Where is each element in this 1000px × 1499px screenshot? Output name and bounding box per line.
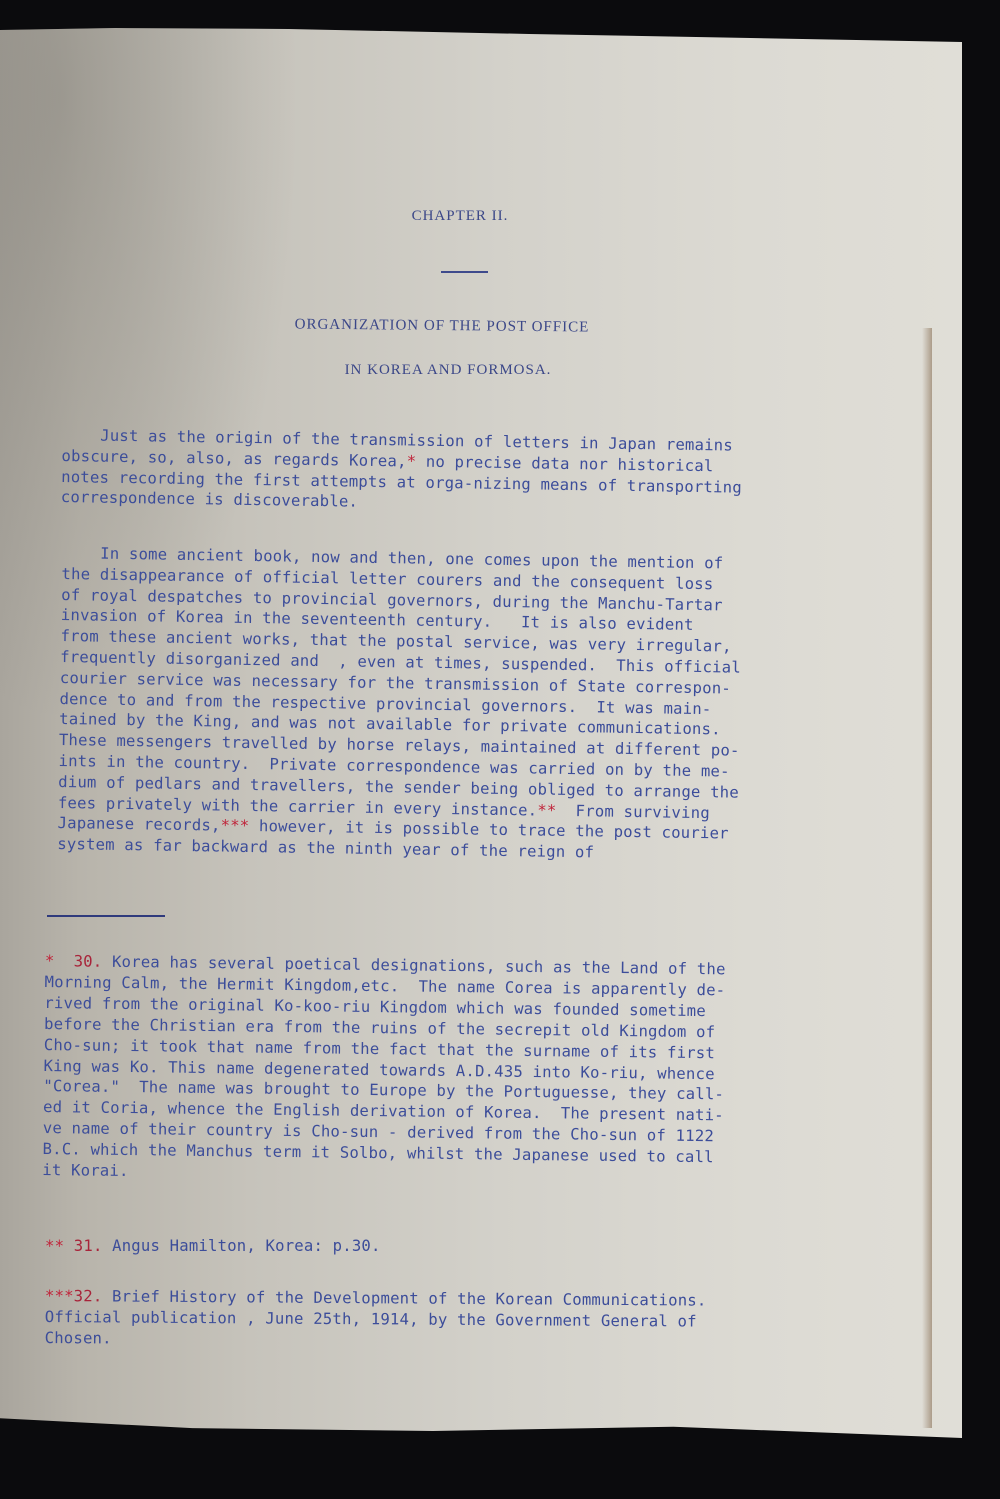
title-line-2: IN KOREA AND FORMOSA.: [0, 362, 928, 379]
page-edge: [922, 328, 932, 1428]
paragraph-line: Japanese records,: [57, 814, 220, 835]
paragraph-2: In some ancient book, now and then, one …: [57, 543, 902, 868]
footnote-marker: **: [537, 801, 556, 819]
footnote-line: Chosen.: [45, 1329, 112, 1347]
paragraph-line: correspondence is discoverable.: [61, 488, 358, 511]
footnote-marker: ***: [45, 1287, 74, 1305]
paragraph-line: obscure, so, also, as regards Korea,: [61, 447, 406, 470]
footnote-separator: [47, 915, 165, 917]
footnote-number: 30.: [74, 952, 103, 970]
paragraph-line: From surviving: [556, 801, 710, 821]
chapter-heading: CHAPTER II.: [0, 208, 940, 225]
paragraph-1: Just as the origin of the transmission o…: [61, 425, 902, 521]
footnote-marker: **: [45, 1237, 64, 1255]
footnote-number: 31.: [74, 1237, 103, 1255]
heading-divider: [441, 271, 488, 273]
footnote-marker: *: [45, 952, 55, 970]
footnote-31: ** 31. Angus Hamilton, Korea: p.30.: [45, 1236, 905, 1257]
footnote-line: Brief History of the Development of the …: [102, 1287, 706, 1309]
paragraph-line: no precise data nor historical: [416, 452, 713, 475]
footnote-30: * 30. Korea has several poetical designa…: [42, 951, 905, 1191]
footnote-marker: ***: [220, 817, 249, 835]
footnote-32: ***32. Brief History of the Development …: [45, 1286, 905, 1355]
footnote-line: it Korai.: [42, 1161, 129, 1180]
title-line-1: ORGANIZATION OF THE POST OFFICE: [0, 313, 922, 340]
footnote-number: 32.: [74, 1287, 103, 1305]
typewritten-page: CHAPTER II. ORGANIZATION OF THE POST OFF…: [0, 28, 962, 1438]
footnote-line: Angus Hamilton, Korea: p.30.: [103, 1237, 381, 1255]
footnote-line: Official publication , June 25th, 1914, …: [45, 1308, 697, 1331]
footnote-marker: *: [407, 452, 417, 470]
photo-scene: CHAPTER II. ORGANIZATION OF THE POST OFF…: [0, 0, 1000, 1499]
